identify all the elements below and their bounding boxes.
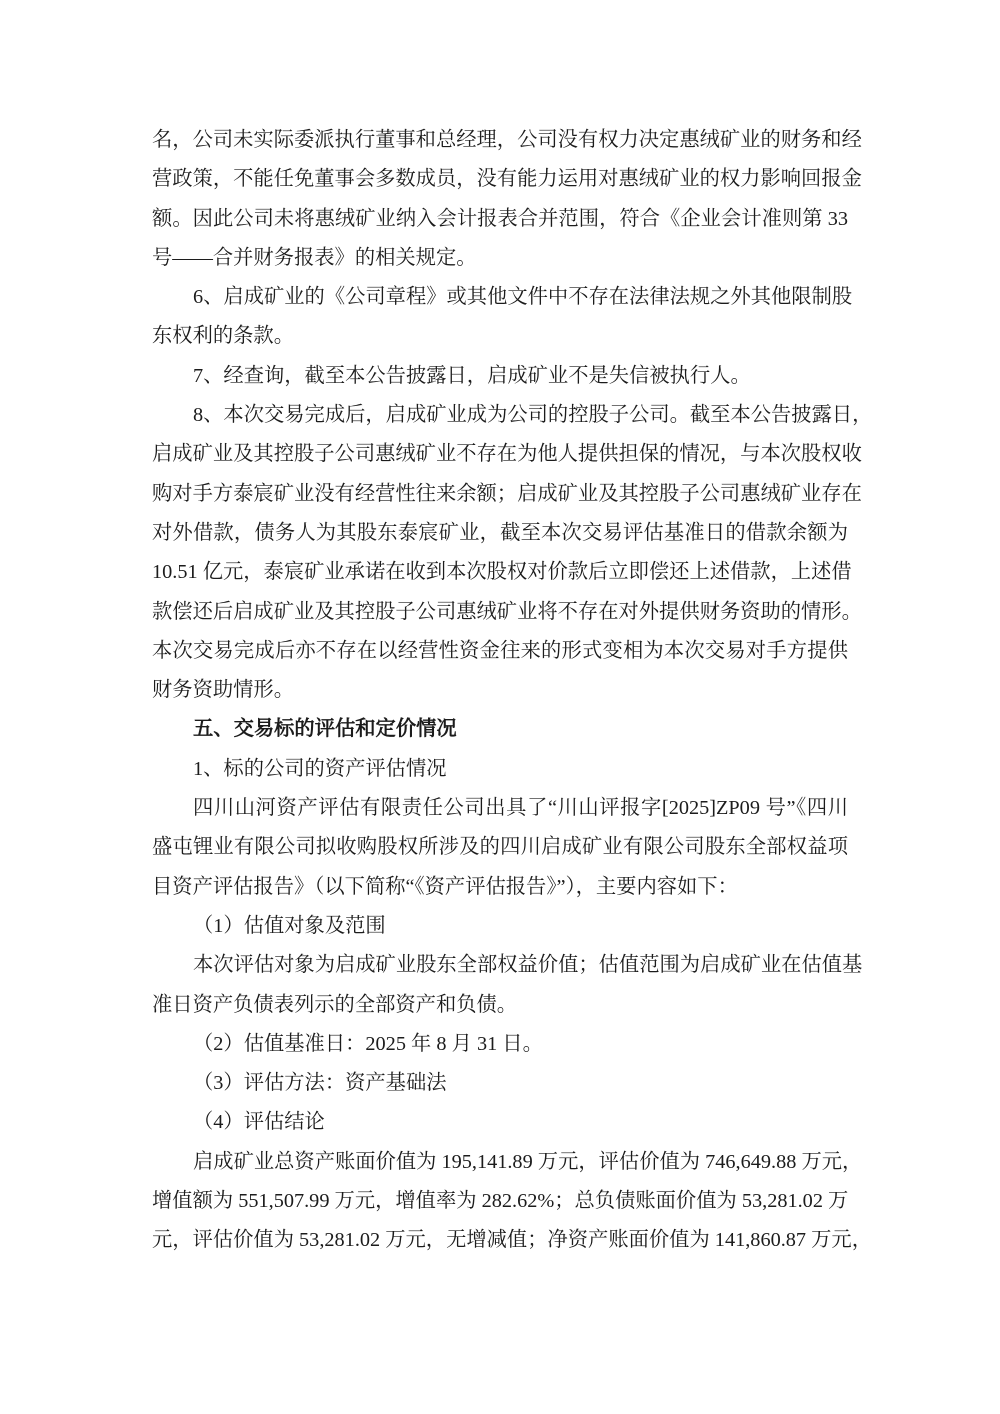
text-line: 1、标的公司的资产评估情况 — [152, 750, 848, 789]
text-line: （4）评估结论 — [152, 1103, 848, 1142]
section-heading: 五、交易标的评估和定价情况 — [152, 710, 848, 749]
text-line: 营政策，不能任免董事会多数成员，没有能力运用对惠绒矿业的权力影响回报金 — [152, 160, 848, 199]
document-body: 名，公司未实际委派执行董事和总经理，公司没有权力决定惠绒矿业的财务和经营政策，不… — [152, 121, 848, 1261]
text-line: 6、启成矿业的《公司章程》或其他文件中不存在法律法规之外其他限制股 — [152, 278, 848, 317]
text-line: 盛屯锂业有限公司拟收购股权所涉及的四川启成矿业有限公司股东全部权益项 — [152, 828, 848, 867]
text-line: 启成矿业及其控股子公司惠绒矿业不存在为他人提供担保的情况，与本次股权收 — [152, 435, 848, 474]
text-line: 本次评估对象为启成矿业股东全部权益价值；估值范围为启成矿业在估值基 — [152, 946, 848, 985]
text-line: 额。因此公司未将惠绒矿业纳入会计报表合并范围，符合《企业会计准则第 33 — [152, 200, 848, 239]
text-line: 东权利的条款。 — [152, 317, 848, 356]
text-line: 元，评估价值为 53,281.02 万元，无增减值；净资产账面价值为 141,8… — [152, 1221, 848, 1260]
text-line: 款偿还后启成矿业及其控股子公司惠绒矿业将不存在对外提供财务资助的情形。 — [152, 593, 848, 632]
document-page: 名，公司未实际委派执行董事和总经理，公司没有权力决定惠绒矿业的财务和经营政策，不… — [0, 0, 1000, 1414]
text-line: 7、经查询，截至本公告披露日，启成矿业不是失信被执行人。 — [152, 357, 848, 396]
text-line: 购对手方泰宸矿业没有经营性往来余额；启成矿业及其控股子公司惠绒矿业存在 — [152, 475, 848, 514]
text-line: 准日资产负债表列示的全部资产和负债。 — [152, 986, 848, 1025]
text-line: 财务资助情形。 — [152, 671, 848, 710]
text-line: （1）估值对象及范围 — [152, 907, 848, 946]
text-line: （2）估值基准日：2025 年 8 月 31 日。 — [152, 1025, 848, 1064]
text-line: 名，公司未实际委派执行董事和总经理，公司没有权力决定惠绒矿业的财务和经 — [152, 121, 848, 160]
text-line: 启成矿业总资产账面价值为 195,141.89 万元，评估价值为 746,649… — [152, 1143, 848, 1182]
text-line: 对外借款，债务人为其股东泰宸矿业，截至本次交易评估基准日的借款余额为 — [152, 514, 848, 553]
text-line: 目资产评估报告》（以下简称“《资产评估报告》”），主要内容如下： — [152, 868, 848, 907]
text-line: 8、本次交易完成后，启成矿业成为公司的控股子公司。截至本公告披露日， — [152, 396, 848, 435]
text-line: 10.51 亿元，泰宸矿业承诺在收到本次股权对价款后立即偿还上述借款，上述借 — [152, 553, 848, 592]
text-line: 号——合并财务报表》的相关规定。 — [152, 239, 848, 278]
text-line: 本次交易完成后亦不存在以经营性资金往来的形式变相为本次交易对手方提供 — [152, 632, 848, 671]
text-line: 增值额为 551,507.99 万元，增值率为 282.62%；总负债账面价值为… — [152, 1182, 848, 1221]
text-line: 四川山河资产评估有限责任公司出具了“川山评报字[2025]ZP09 号”《四川 — [152, 789, 848, 828]
text-line: （3）评估方法：资产基础法 — [152, 1064, 848, 1103]
